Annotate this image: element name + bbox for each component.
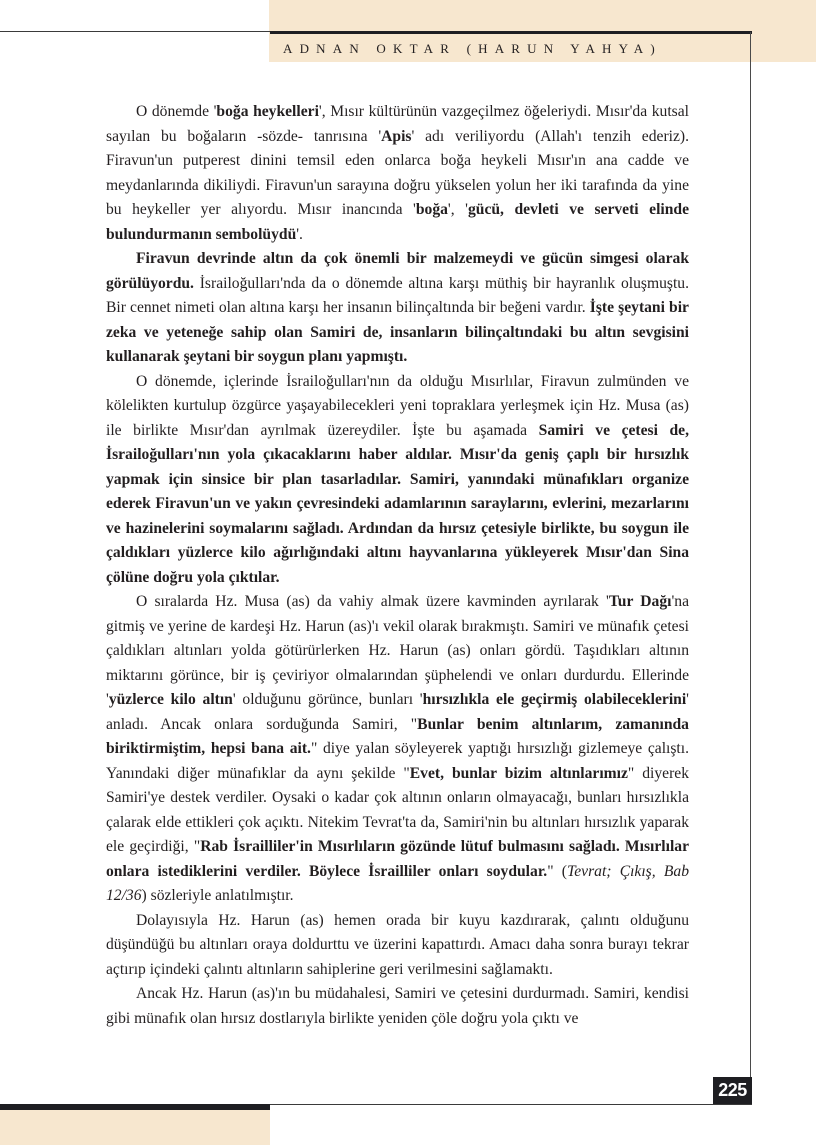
bold-run: Tur Dağı — [609, 593, 672, 610]
text-run: ' olduğunu görünce, bunları ' — [233, 691, 423, 708]
page-number: 225 — [713, 1077, 752, 1104]
page-margin-rule — [750, 32, 751, 1078]
body-text: O dönemde 'boğa heykelleri', Mısır kültü… — [106, 100, 689, 1031]
header-rule-left — [0, 31, 270, 32]
text-run: " ( — [547, 863, 567, 880]
footer-rule-right — [270, 1104, 752, 1105]
paragraph: O sıralarda Hz. Musa (as) da vahiy almak… — [106, 590, 689, 909]
bold-run: hırsızlıkla ele geçirmiş olabileceklerin… — [423, 691, 687, 708]
text-run: Dolayısıyla Hz. Harun (as) hemen orada b… — [106, 912, 689, 978]
bold-run: Apis — [381, 128, 411, 145]
paragraph: Dolayısıyla Hz. Harun (as) hemen orada b… — [106, 909, 689, 983]
text-run: O dönemde ' — [136, 103, 216, 120]
bold-run: boğa heykelleri — [216, 103, 318, 120]
paragraph: O dönemde, içlerinde İsrailoğulları'nın … — [106, 370, 689, 591]
paragraph: O dönemde 'boğa heykelleri', Mısır kültü… — [106, 100, 689, 247]
text-run: '. — [296, 226, 303, 243]
header-rule-right — [270, 31, 752, 34]
footer-band — [0, 1110, 270, 1145]
running-head: ADNAN OKTAR (HARUN YAHYA) — [283, 38, 753, 60]
paragraph: Firavun devrinde altın da çok önemli bir… — [106, 247, 689, 370]
paragraph: Ancak Hz. Harun (as)'ın bu müdahalesi, S… — [106, 982, 689, 1031]
bold-run: boğa — [416, 201, 448, 218]
text-run: ', ' — [448, 201, 468, 218]
text-run: Ancak Hz. Harun (as)'ın bu müdahalesi, S… — [106, 985, 689, 1027]
bold-run: Samiri ve çetesi de, İsrailoğulları'nın … — [106, 422, 689, 586]
text-run: ) sözleriyle anlatılmıştır. — [142, 887, 294, 904]
bold-run: yüzlerce kilo altın — [109, 691, 233, 708]
text-run: O sıralarda Hz. Musa (as) da vahiy almak… — [136, 593, 609, 610]
bold-run: Evet, bunlar bizim altınlarımız — [410, 765, 628, 782]
